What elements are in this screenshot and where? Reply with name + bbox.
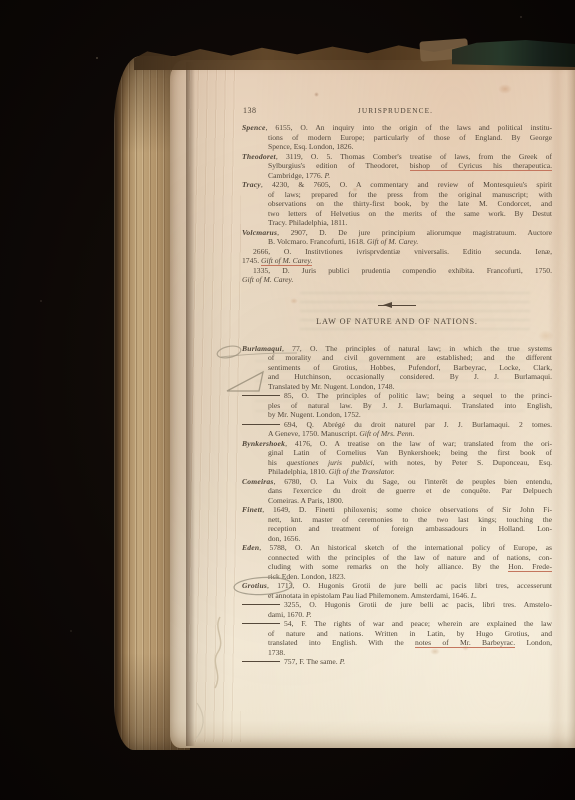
text-line: sentiments of Grotius, Hobbes, Pufendorf…: [242, 363, 552, 373]
text-span: Gift of M. Carey.: [242, 275, 293, 284]
text-span: tions of modern Europe; particularly of …: [268, 133, 552, 142]
text-span: 1745.: [242, 256, 261, 265]
text-span: 85, O. The principles of politic law; be…: [284, 391, 552, 400]
text-span: , 1713, O. Hugonis Grotii de jure belli …: [267, 581, 552, 590]
text-span: his: [268, 458, 286, 467]
underlined-text: notes of Mr. Barbeyrac.: [415, 638, 515, 648]
text-span: dami, 1670.: [268, 610, 306, 619]
text-span: Spence, Esq. London, 1826.: [268, 142, 353, 151]
text-span: two letters of Helvetius on the merits o…: [268, 209, 552, 218]
entry-name: Tracy: [242, 180, 261, 189]
text-span: of nature and nations. Written in Latin,…: [268, 629, 552, 638]
text-span: don, 1656.: [268, 534, 300, 543]
entry-name: Eden: [242, 543, 259, 552]
text-span: L.: [471, 591, 477, 600]
underlined-text: Institvtiones ivrisprvdentiæ vniversalis…: [305, 247, 449, 257]
text-span: , 3119, O. 5. Thomas Comber's treatise o…: [276, 152, 552, 161]
text-span: Editio secunda. Ienæ,: [449, 247, 552, 256]
text-line: 54, F. The rights of war and peace; wher…: [242, 619, 552, 629]
text-span: , 6780, O. La Voix du Sage, ou l'interêt…: [274, 477, 552, 486]
ornament-arrowhead-icon: [383, 302, 392, 308]
inner-page-edge-lines: [189, 66, 241, 742]
text-span: Translated by Mr. Nugent. London, 1748.: [268, 382, 395, 391]
text-line: Eden, 5788, O. An historical sketch of t…: [242, 543, 552, 553]
text-line: two letters of Helvetius on the merits o…: [242, 209, 552, 219]
text-line: cluding with some remarks on the holy al…: [242, 562, 552, 572]
text-span: Gift of the Translator.: [329, 467, 395, 476]
text-line: ples of natural law. By J. J. Burlamaqui…: [242, 401, 552, 411]
entry-repeat-dash: [242, 424, 280, 425]
text-line: Comeiras, 6780, O. La Voix du Sage, ou l…: [242, 477, 552, 487]
text-span: sentiments of Grotius, Hobbes, Pufendorf…: [268, 363, 552, 372]
text-line: A Geneve, 1750. Manuscript. Gift of Mrs.…: [242, 429, 552, 439]
text-span: questiones juris publici: [286, 458, 372, 467]
text-span: ples of natural law. By J. J. Burlamaqui…: [268, 401, 552, 410]
page-number: 138: [243, 106, 257, 115]
text-span: B. Volcmaro. Francofurti, 1618.: [268, 237, 367, 246]
text-line: 3255, O. Hugonis Grotii de jure belli ac…: [242, 600, 552, 610]
text-span: P.: [340, 657, 346, 666]
entry-name: Volcmarus: [242, 228, 277, 237]
text-span: Gift of M. Carey.: [367, 237, 418, 246]
text-line: Tracy, 4230, & 7605, O. A commentary and…: [242, 180, 552, 190]
text-span: observations on the thirty-first book, b…: [268, 199, 552, 208]
text-span: dans l'exercice du droit de guerre et de…: [268, 486, 552, 495]
text-line: 1335, D. Juris publici prudentia compend…: [242, 266, 552, 276]
text-line: Grotius, 1713, O. Hugonis Grotii de jure…: [242, 581, 552, 591]
text-span: P.: [306, 610, 312, 619]
text-span: 3255, O. Hugonis Grotii de jure belli ac…: [284, 600, 552, 609]
entry-name: Spence: [242, 123, 266, 132]
entry-repeat-dash: [242, 623, 280, 624]
text-span: and Hutchinson, occasionally considered.…: [268, 372, 552, 381]
text-line: 85, O. The principles of politic law; be…: [242, 391, 552, 401]
text-line: Finett, 1649, D. Finetti philoxenis; som…: [242, 505, 552, 515]
text-line: tions of modern Europe; particularly of …: [242, 133, 552, 143]
entry-repeat-dash: [242, 661, 280, 662]
text-span: 1335, D. Juris publici prudentia compend…: [253, 266, 552, 275]
text-line: of laws; prepared for the press from the…: [242, 190, 552, 200]
text-span: , 5788, O. An historical sketch of the i…: [259, 543, 552, 552]
entry-name: Finett: [242, 505, 262, 514]
text-line: and Hutchinson, occasionally considered.…: [242, 372, 552, 382]
text-line: Burlamaqui, 77, O. The principles of nat…: [242, 344, 552, 354]
text-span: translated into English. With the: [268, 638, 415, 647]
text-span: 2666, O.: [253, 247, 305, 256]
text-span: Sylburgius's edition of Theodoret,: [268, 161, 410, 170]
text-line: by Mr. Nugent. London, 1752.: [242, 410, 552, 420]
entry-name: Bynkershoek: [242, 439, 285, 448]
text-span: , with notes, by Peter S. Duponceau, Esq…: [373, 458, 552, 467]
text-span: , 1649, D. Finetti philoxenis; some choi…: [262, 505, 552, 514]
text-line: of nature and nations. Written in Latin,…: [242, 629, 552, 639]
text-line: Spence, Esq. London, 1826.: [242, 142, 552, 152]
text-span: Tracy. Philadelphia, 1811.: [268, 218, 347, 227]
text-line: ginal Latin of Cornelius Van Bynkershoek…: [242, 448, 552, 458]
text-span: Cambridge, 1776.: [268, 171, 325, 180]
text-span: , 4176, O. A treatise on the law of war;…: [285, 439, 552, 448]
text-line: et annotata in epistolam Pau liad Philem…: [242, 591, 552, 601]
entry-repeat-dash: [242, 395, 280, 396]
text-span: A Geneve, 1750. Manuscript.: [268, 429, 359, 438]
book-photo: 138 JURISPRUDENCE. Spence, 6155, O. An i…: [0, 0, 575, 800]
text-span: 694, Q. Abrégé du droit naturel par J. J…: [284, 420, 552, 429]
underlined-text: Hon. Frede-: [508, 562, 552, 572]
text-span: et annotata in epistolam Pau liad Philem…: [268, 591, 471, 600]
text-span: by Mr. Nugent. London, 1752.: [268, 410, 361, 419]
running-title: JURISPRUDENCE.: [358, 106, 433, 115]
text-span: of morality and civil government are est…: [268, 353, 552, 362]
text-line: Volcmarus, 2907, D. De jure principium a…: [242, 228, 552, 238]
text-line: 1745. Gift of M. Carey.: [242, 256, 552, 266]
page-header: 138 JURISPRUDENCE.: [242, 106, 552, 116]
dust-specks: [0, 0, 2, 2]
text-span: nett, knt. master of ceremonies to the t…: [268, 515, 552, 524]
section-heading: LAW OF NATURE AND OF NATIONS.: [242, 317, 552, 327]
text-span: London,: [515, 638, 552, 647]
entry-repeat-dash: [242, 604, 280, 605]
text-span: of laws; prepared for the press from the…: [268, 190, 552, 199]
text-line: Gift of M. Carey.: [242, 275, 552, 285]
text-line: don, 1656.: [242, 534, 552, 544]
text-line: dans l'exercice du droit de guerre et de…: [242, 486, 552, 496]
text-line: Tracy. Philadelphia, 1811.: [242, 218, 552, 228]
cover-cloth-band: [452, 40, 575, 67]
text-span: P.: [325, 171, 331, 180]
text-span: , 6155, O. An inquiry into the origin of…: [266, 123, 552, 132]
text-span: , 4230, & 7605, O. A commentary and revi…: [261, 180, 552, 189]
text-span: , 77, O. The principles of natural law; …: [282, 344, 552, 353]
text-line: 757, F. The same. P.: [242, 657, 552, 667]
text-span: 54, F. The rights of war and peace; wher…: [284, 619, 552, 628]
text-line: Translated by Mr. Nugent. London, 1748.: [242, 382, 552, 392]
text-line: Sylburgius's edition of Theodoret, bisho…: [242, 161, 552, 171]
text-line: Bynkershoek, 4176, O. A treatise on the …: [242, 439, 552, 449]
text-line: nett, knt. master of ceremonies to the t…: [242, 515, 552, 525]
text-line: rick Eden. London, 1823.: [242, 572, 552, 582]
underlined-text: bishop of Cyricus his therapeutica.: [410, 161, 552, 171]
text-line: observations on the thirty-first book, b…: [242, 199, 552, 209]
text-span: Gift of Mrs. Penn.: [359, 429, 414, 438]
text-line: 2666, O. Institvtiones ivrisprvdentiæ vn…: [242, 247, 552, 257]
text-span: reception and treatment of foreign ambas…: [268, 524, 552, 533]
text-line: Spence, 6155, O. An inquiry into the ori…: [242, 123, 552, 133]
underlined-text: Gift of M. Carey.: [261, 256, 312, 266]
text-span: 1738.: [268, 648, 285, 657]
text-span: 757, F. The same.: [284, 657, 340, 666]
text-span: rick Eden. London, 1823.: [268, 572, 346, 581]
text-line: Cambridge, 1776. P.: [242, 171, 552, 181]
text-span: connected with the principles of the law…: [268, 553, 552, 562]
text-line: dami, 1670. P.: [242, 610, 552, 620]
text-span: , 2907, D. De jure principium aliorumque…: [277, 228, 552, 237]
text-span: ginal Latin of Cornelius Van Bynkershoek…: [268, 448, 552, 457]
text-line: his questiones juris publici, with notes…: [242, 458, 552, 468]
text-line: Comeiras. A Paris, 1800.: [242, 496, 552, 506]
catalog-text-column: 138 JURISPRUDENCE. Spence, 6155, O. An i…: [242, 106, 552, 667]
entry-name: Grotius: [242, 581, 267, 590]
law-of-nations-entries: Burlamaqui, 77, O. The principles of nat…: [242, 344, 552, 667]
text-line: B. Volcmaro. Francofurti, 1618. Gift of …: [242, 237, 552, 247]
entry-name: Theodoret: [242, 152, 276, 161]
text-span: Comeiras. A Paris, 1800.: [268, 496, 344, 505]
text-line: reception and treatment of foreign ambas…: [242, 524, 552, 534]
text-line: translated into English. With the notes …: [242, 638, 552, 648]
text-line: of morality and civil government are est…: [242, 353, 552, 363]
text-span: cluding with some remarks on the holy al…: [268, 562, 508, 571]
text-line: 694, Q. Abrégé du droit naturel par J. J…: [242, 420, 552, 430]
entry-name: Comeiras: [242, 477, 274, 486]
section-divider-ornament: [378, 302, 416, 309]
text-line: connected with the principles of the law…: [242, 553, 552, 563]
text-line: 1738.: [242, 648, 552, 658]
text-line: Philadelphia, 1810. Gift of the Translat…: [242, 467, 552, 477]
text-line: Theodoret, 3119, O. 5. Thomas Comber's t…: [242, 152, 552, 162]
text-span: Philadelphia, 1810.: [268, 467, 329, 476]
entry-name: Burlamaqui: [242, 344, 282, 353]
jurisprudence-entries: Spence, 6155, O. An inquiry into the ori…: [242, 123, 552, 285]
